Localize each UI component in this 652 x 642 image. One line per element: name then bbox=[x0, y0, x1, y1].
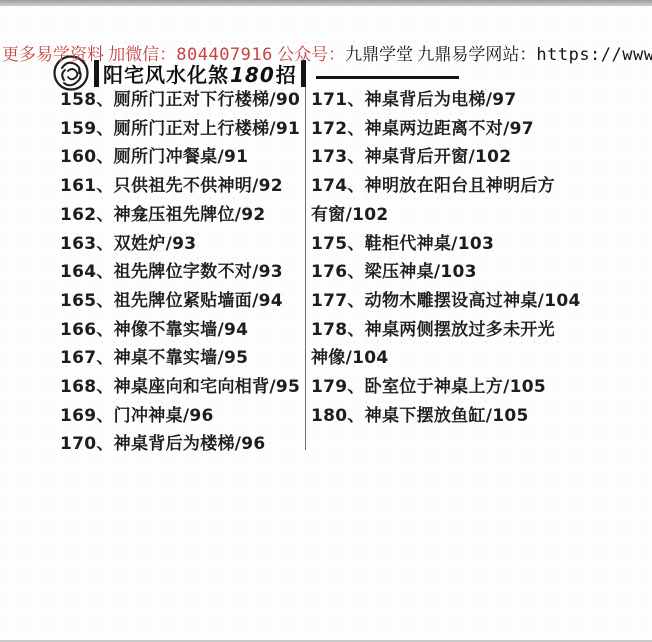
toc-line: 166、神像不靠实墙/94 bbox=[60, 316, 303, 345]
watermark-text-red: 更多易学资料 加微信： bbox=[2, 45, 176, 64]
title-number: 180 bbox=[229, 63, 276, 87]
toc-line: 167、神桌不靠实墙/95 bbox=[60, 344, 303, 373]
toc-line: 165、祖先牌位紧贴墙面/94 bbox=[60, 287, 303, 316]
toc-line: 172、神桌两边距离不对/97 bbox=[311, 115, 563, 144]
wechat-number: 804407916 bbox=[176, 45, 273, 65]
toc-left-column: 158、厕所门正对下行楼梯/90 159、厕所门正对上行楼梯/91 160、厕所… bbox=[60, 86, 303, 459]
toc-line: 162、神龛压祖先牌位/92 bbox=[60, 201, 303, 230]
site-url: https://www.jdyx6.com/ bbox=[536, 45, 652, 65]
toc-right-column: 171、神桌背后为电梯/97 172、神桌两边距离不对/97 173、神桌背后开… bbox=[311, 86, 563, 430]
toc-line: 176、梁压神桌/103 bbox=[311, 258, 563, 287]
toc-line: 173、神桌背后开窗/102 bbox=[311, 143, 563, 172]
title-prefix: 阳宅风水化煞 bbox=[103, 63, 229, 87]
toc-line: 神像/104 bbox=[311, 344, 563, 373]
watermark-text-red-suffix: 公众号： bbox=[273, 45, 345, 64]
watermark-text-black: 九鼎学堂 九鼎易学网站： bbox=[345, 45, 536, 64]
toc-line: 177、动物木雕摆设高过神桌/104 bbox=[311, 287, 563, 316]
top-edge-bar bbox=[0, 0, 652, 6]
toc-line: 159、厕所门正对上行楼梯/91 bbox=[60, 115, 303, 144]
toc-line: 175、鞋柜代神桌/103 bbox=[311, 230, 563, 259]
toc-line: 179、卧室位于神桌上方/105 bbox=[311, 373, 563, 402]
toc-line: 163、双姓炉/93 bbox=[60, 230, 303, 259]
toc-line: 160、厕所门冲餐桌/91 bbox=[60, 143, 303, 172]
toc-line: 有窗/102 bbox=[311, 201, 563, 230]
toc-line: 168、神桌座向和宅向相背/95 bbox=[60, 373, 303, 402]
toc-line: 180、神桌下摆放鱼缸/105 bbox=[311, 402, 563, 431]
toc-line: 178、神桌两侧摆放过多未开光 bbox=[311, 316, 563, 345]
column-divider bbox=[305, 86, 306, 450]
title-suffix: 招 bbox=[276, 63, 297, 87]
toc-line: 174、神明放在阳台且神明后方 bbox=[311, 172, 563, 201]
title-rule-line bbox=[316, 76, 459, 79]
toc-line: 170、神桌背后为楼梯/96 bbox=[60, 430, 303, 459]
toc-line: 161、只供祖先不供神明/92 bbox=[60, 172, 303, 201]
toc-line: 169、门冲神桌/96 bbox=[60, 402, 303, 431]
toc-line: 164、祖先牌位字数不对/93 bbox=[60, 258, 303, 287]
watermark-line: 更多易学资料 加微信：804407916 公众号：九鼎学堂 九鼎易学网站：htt… bbox=[2, 44, 652, 66]
